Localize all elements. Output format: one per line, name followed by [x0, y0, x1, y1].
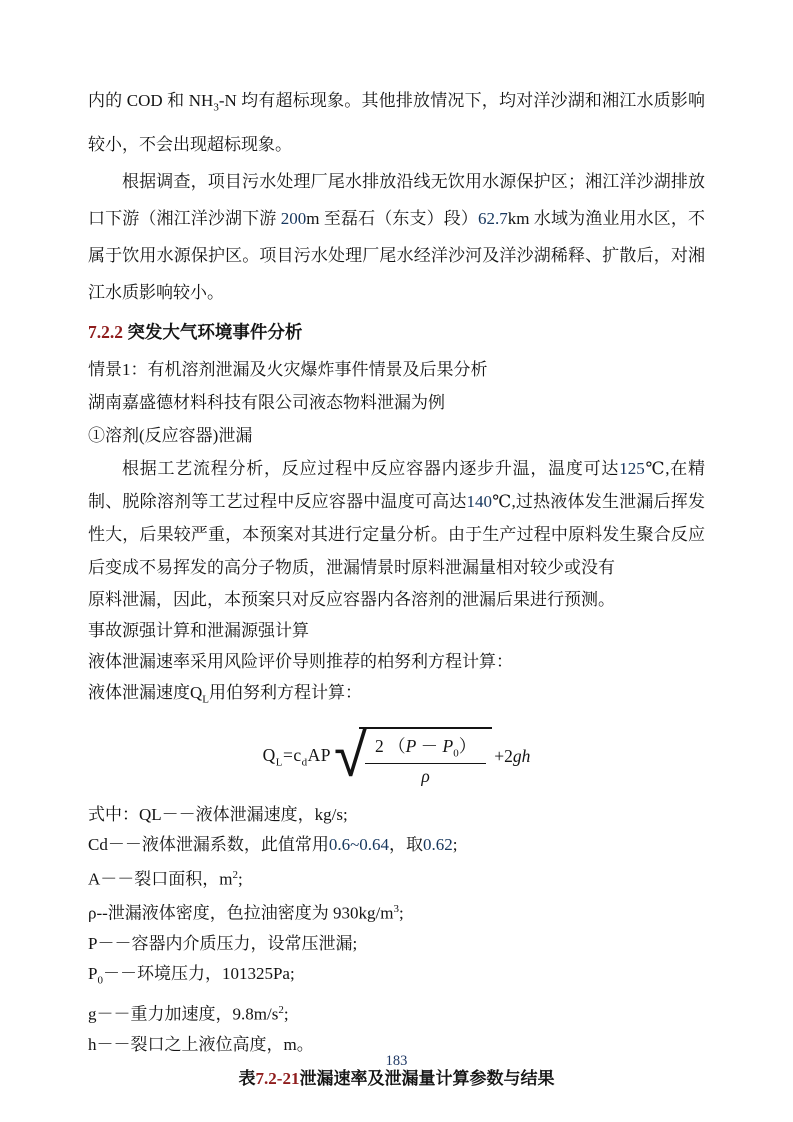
section-number: 7.2.2	[88, 322, 127, 342]
text-segment: AP	[308, 745, 331, 765]
text-segment: Cd－－液体泄漏系数，此值常用	[88, 835, 329, 854]
text-segment: L	[276, 757, 283, 769]
table-caption-prefix: 表	[239, 1069, 256, 1088]
text-segment: =c	[283, 745, 302, 765]
text-segment: ;	[453, 835, 458, 854]
text-segment: －	[416, 736, 442, 756]
text-segment: g	[513, 746, 522, 766]
formula-denominator: ρ	[421, 764, 429, 787]
formula-tail: +2gh	[494, 746, 530, 767]
text-segment: 液体泄漏速度Q	[88, 683, 202, 702]
text-segment: 事故源强计算和泄漏源强计算	[88, 621, 309, 640]
text-segment: P	[406, 736, 417, 756]
text-segment: 200	[281, 209, 307, 228]
text-segment: L	[202, 694, 209, 706]
formula-lhs: QL=cdAP	[263, 745, 331, 769]
param-rho: ρ--泄漏液体密度，色拉油密度为 930kg/m3;	[88, 894, 705, 929]
text-segment: P	[443, 736, 454, 756]
paragraph-survey-result: 根据调查，项目污水处理厂尾水排放沿线无饮用水源保护区；湘江洋沙湖排放口下游（湘江…	[88, 163, 705, 311]
section-title: 突发大气环境事件分析	[127, 322, 302, 342]
text-segment: 式中：QL－－液体泄漏速度，kg/s;	[88, 805, 348, 824]
text-segment: 2 （	[375, 736, 406, 756]
text-segment: ;	[238, 869, 243, 888]
param-p: P－－容器内介质压力，设常压泄漏;	[88, 929, 705, 959]
page-number: 183	[0, 1053, 793, 1070]
text-segment: 情景1：有机溶剂泄漏及火灾爆炸事件情景及后果分析	[88, 360, 488, 379]
formula-radicand: 2 （P － P0） ρ	[359, 727, 492, 787]
paragraph-source-strength: 事故源强计算和泄漏源强计算	[88, 615, 705, 646]
text-segment: 0.62	[423, 835, 453, 854]
document-page: 内的 COD 和 NH3-N 均有超标现象。其他排放情况下，均对洋沙湖和湘江水质…	[0, 0, 793, 1122]
paragraph-forecast-scope: 原料泄漏，因此，本预案只对反应容器内各溶剂的泄漏后果进行预测。	[88, 584, 705, 615]
section-heading-7-2-2: 7.2.2 突发大气环境事件分析	[88, 313, 705, 351]
text-segment: ρ--泄漏液体密度，色拉油密度为 930kg/m	[88, 904, 394, 923]
text-segment: h－－裂口之上液位高度，m。	[88, 1035, 314, 1054]
paragraph-bernoulli-intro-2: 液体泄漏速度QL用伯努利方程计算：	[88, 677, 705, 715]
text-segment: 湖南嘉盛德材料科技有限公司液态物料泄漏为例	[88, 393, 445, 412]
text-segment: 液体泄漏速率采用风险评价导则推荐的柏努利方程计算：	[88, 652, 513, 671]
param-a: A－－裂口面积，m2;	[88, 860, 705, 895]
bernoulli-formula: QL=cdAP √ 2 （P － P0） ρ +2gh	[88, 722, 705, 792]
paragraph-process-analysis: 根据工艺流程分析，反应过程中反应容器内逐步升温，温度可达125℃,在精制、脱除溶…	[88, 452, 705, 584]
text-segment: 根据工艺流程分析，反应过程中反应容器内逐步升温，温度可达	[122, 459, 619, 478]
text-segment: 原料泄漏，因此，本预案只对反应容器内各溶剂的泄漏后果进行预测。	[88, 590, 615, 609]
text-segment: +2	[494, 746, 513, 766]
paragraph-water-quality-conclusion: 内的 COD 和 NH3-N 均有超标现象。其他排放情况下，均对洋沙湖和湘江水质…	[88, 82, 705, 163]
text-segment: 125	[619, 459, 645, 478]
paragraph-company-example: 湖南嘉盛德材料科技有限公司液态物料泄漏为例	[88, 386, 705, 419]
text-segment: m 至磊石（东支）段）	[306, 209, 478, 228]
formula-fraction: 2 （P － P0） ρ	[365, 733, 486, 787]
text-segment: P－－容器内介质压力，设常压泄漏;	[88, 934, 357, 953]
radical-sign-icon: √	[334, 729, 367, 783]
param-ql: 式中：QL－－液体泄漏速度，kg/s;	[88, 800, 705, 830]
text-segment: ）	[459, 736, 477, 756]
text-segment: ①溶剂(反应容器)泄漏	[88, 426, 252, 445]
param-g: g－－重力加速度，9.8m/s2;	[88, 995, 705, 1030]
page-content: 内的 COD 和 NH3-N 均有超标现象。其他排放情况下，均对洋沙湖和湘江水质…	[0, 0, 793, 1096]
text-segment: ;	[399, 904, 404, 923]
text-segment: 用伯努利方程计算：	[209, 683, 362, 702]
param-p0: P0－－环境压力，101325Pa;	[88, 959, 705, 995]
text-segment: ，取	[389, 835, 423, 854]
table-caption-title: 泄漏速率及泄漏量计算参数与结果	[299, 1069, 554, 1088]
text-segment: A－－裂口面积，m	[88, 869, 233, 888]
text-segment: h	[522, 746, 531, 766]
text-segment: －－环境压力，101325Pa;	[103, 964, 295, 983]
text-segment: ;	[284, 1005, 289, 1024]
text-segment: Q	[263, 745, 276, 765]
text-segment: 140	[467, 492, 493, 511]
formula-numerator: 2 （P － P0）	[365, 733, 486, 764]
paragraph-bernoulli-intro-1: 液体泄漏速率采用风险评价导则推荐的柏努利方程计算：	[88, 646, 705, 677]
text-segment: ρ	[421, 766, 429, 786]
paragraph-scenario-1: 情景1：有机溶剂泄漏及火灾爆炸事件情景及后果分析	[88, 353, 705, 386]
text-segment: 内的 COD 和 NH	[88, 91, 213, 110]
text-segment: 62.7	[478, 209, 508, 228]
text-segment: 0.6~0.64	[329, 835, 389, 854]
text-segment: g－－重力加速度，9.8m/s	[88, 1005, 278, 1024]
table-caption-number: 7.2-21	[256, 1069, 300, 1088]
paragraph-solvent-leak-item: ①溶剂(反应容器)泄漏	[88, 419, 705, 452]
param-cd: Cd－－液体泄漏系数，此值常用0.6~0.64，取0.62;	[88, 830, 705, 860]
